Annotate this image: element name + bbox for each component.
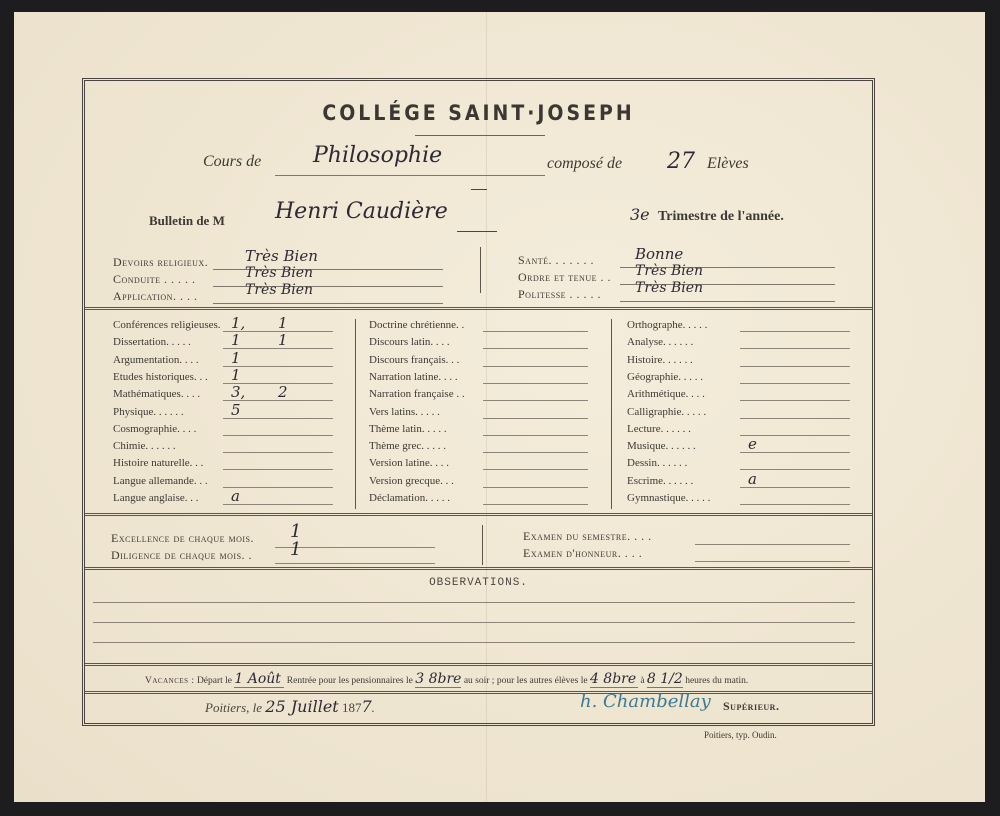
grade-value: 1 xyxy=(231,349,241,367)
subject-label: Argumentation. . . . xyxy=(113,354,199,366)
section-divider xyxy=(85,307,872,310)
grade-line xyxy=(740,348,850,349)
diligence-value: 1 xyxy=(290,539,301,560)
depart-label: Départ le xyxy=(197,676,232,686)
grade-line xyxy=(483,435,588,436)
subject-label: Physique. . . . . . xyxy=(113,406,184,418)
subject-label: Cosmographie. . . . xyxy=(113,423,196,435)
a-label: à xyxy=(640,676,644,686)
course-value: Philosophie xyxy=(313,143,442,168)
grade-value: 1 xyxy=(231,331,241,349)
printer-credit: Poitiers, typ. Oudin. xyxy=(704,730,777,740)
grade-line xyxy=(483,331,588,332)
subject-label: Thème latin. . . . . xyxy=(369,423,447,435)
subject-label: Orthographe. . . . . xyxy=(627,319,707,331)
subject-label: Version latine. . . . xyxy=(369,457,449,469)
subject-label: Musique. . . . . . xyxy=(627,440,696,452)
grade-value-2: 2 xyxy=(278,383,288,401)
separator-dash xyxy=(471,189,487,190)
subject-label: Analyse. . . . . . xyxy=(627,336,693,348)
section-divider xyxy=(85,567,872,570)
place-date-line: Poitiers, le 25 Juillet 1877. xyxy=(205,697,375,716)
subject-label: Narration française . . xyxy=(369,388,465,400)
section-divider xyxy=(85,691,872,694)
subject-label: Langue allemande. . . xyxy=(113,475,208,487)
course-label: Cours de xyxy=(203,153,261,171)
subject-label: Arithmétique. . . . xyxy=(627,388,705,400)
subject-label: Lecture. . . . . . xyxy=(627,423,691,435)
grade-value: 3, xyxy=(231,383,245,401)
exam-divider xyxy=(482,525,483,565)
conduct-value-sante: Bonne xyxy=(635,245,683,263)
subject-label: Mathématiques. . . . xyxy=(113,388,200,400)
subject-label: Géographie. . . . . xyxy=(627,371,703,383)
subject-label: Histoire. . . . . . xyxy=(627,354,693,366)
vacances-line: Vacances : Départ le 1 Août Rentrée pour… xyxy=(145,671,748,688)
conduct-rule xyxy=(213,303,443,304)
subject-label: Discours latin. . . . xyxy=(369,336,450,348)
superior-signature: h. Chambellay xyxy=(580,691,711,712)
subject-label: Doctrine chrétienne. . xyxy=(369,319,464,331)
subjects-divider-2 xyxy=(611,319,612,509)
year-suffix: 7 xyxy=(361,697,371,716)
exam-semester-rule xyxy=(695,544,850,545)
course-rule xyxy=(275,175,545,176)
grade-line xyxy=(483,418,588,419)
grade-value-2: 1 xyxy=(278,314,288,332)
year-prefix: 187 xyxy=(342,700,362,715)
section-divider xyxy=(85,513,872,516)
grade-line xyxy=(740,418,850,419)
conduct-value-application: Très Bien xyxy=(245,282,313,298)
observation-line xyxy=(93,602,855,603)
grade-value: 1, xyxy=(231,314,245,332)
grade-line xyxy=(740,331,850,332)
students-count: 27 xyxy=(667,149,695,174)
subject-label: Discours français. . . xyxy=(369,354,459,366)
conduct-label-religious: Devoirs religieux. xyxy=(113,255,208,270)
conduct-label-politesse: Politesse . . . . . xyxy=(518,287,601,302)
conduct-value-religious: Très Bien xyxy=(245,247,318,265)
subject-label: Déclamation. . . . . xyxy=(369,492,450,504)
composed-label: composé de xyxy=(547,155,622,173)
observation-line xyxy=(93,642,855,643)
conduct-value-ordre: Très Bien xyxy=(635,263,703,279)
conduct-value-conduite: Très Bien xyxy=(245,265,313,281)
subject-label: Chimie. . . . . . xyxy=(113,440,176,452)
exam-honor-label: Examen d'honneur. . . . xyxy=(523,546,642,561)
exam-honor-rule xyxy=(695,561,850,562)
depart-value: 1 Août xyxy=(234,671,284,688)
subject-label: Vers latins. . . . . xyxy=(369,406,440,418)
trimester-label: Trimestre de l'année. xyxy=(658,209,784,225)
conduct-rule xyxy=(620,301,835,302)
student-name: Henri Caudière xyxy=(275,199,448,224)
subject-label: Dissertation. . . . . xyxy=(113,336,191,348)
grade-value: 5 xyxy=(231,401,241,419)
subject-label: Calligraphie. . . . . xyxy=(627,406,706,418)
grade-value: a xyxy=(748,470,757,488)
grade-line xyxy=(483,383,588,384)
subject-label: Etudes historiques. . . xyxy=(113,371,208,383)
diligence-rule xyxy=(275,563,435,564)
hour-value: 8 1/2 xyxy=(647,671,683,688)
observation-line xyxy=(93,622,855,623)
conduct-label-sante: Santé. . . . . . . xyxy=(518,253,594,268)
grade-line xyxy=(483,469,588,470)
heures-label: heures du matin. xyxy=(685,676,748,686)
excellence-label: Excellence de chaque mois. xyxy=(111,531,254,546)
rentree-label: Rentrée pour les pensionnaires le xyxy=(287,676,413,686)
subjects-divider-1 xyxy=(355,319,356,509)
grade-line xyxy=(483,452,588,453)
subject-label: Narration latine. . . . xyxy=(369,371,458,383)
date-value: 25 Juillet xyxy=(265,697,338,716)
bulletin-label: Bulletin de M xyxy=(149,213,225,229)
subject-label: Escrime. . . . . . xyxy=(627,475,693,487)
conduct-label-application: Application. . . . xyxy=(113,289,197,304)
conduct-label-conduite: Conduite . . . . . xyxy=(113,272,196,287)
place-label: Poitiers, le xyxy=(205,700,262,715)
report-card-frame: COLLÉGE SAINT·JOSEPH Cours de Philosophi… xyxy=(82,78,875,726)
separator-dash xyxy=(457,231,497,232)
subject-label: Langue anglaise. . . xyxy=(113,492,199,504)
grade-line xyxy=(740,400,850,401)
vacances-label: Vacances : xyxy=(145,676,195,686)
grade-line xyxy=(483,366,588,367)
subject-label: Version grecque. . . xyxy=(369,475,454,487)
observations-heading: OBSERVATIONS. xyxy=(85,577,872,589)
subject-label: Histoire naturelle. . . xyxy=(113,457,203,469)
trimester-number: 3e xyxy=(630,205,650,224)
superior-label: Supérieur. xyxy=(723,699,779,714)
grade-value-2: 1 xyxy=(278,331,288,349)
exam-semester-label: Examen du semestre. . . . xyxy=(523,529,652,544)
grade-line xyxy=(483,400,588,401)
grade-value: a xyxy=(231,487,240,505)
soir-label: au soir ; pour les autres élèves le xyxy=(464,676,588,686)
rentree-value: 3 8bre xyxy=(415,671,461,688)
subject-label: Conférences religieuses. xyxy=(113,319,221,331)
conduct-divider xyxy=(480,247,481,293)
subject-label: Thème grec. . . . . xyxy=(369,440,446,452)
grade-line xyxy=(483,348,588,349)
grade-value: 1 xyxy=(231,366,241,384)
conduct-label-ordre: Ordre et tenue . . xyxy=(518,270,611,285)
grade-line xyxy=(740,383,850,384)
grade-line xyxy=(223,435,333,436)
grade-value: e xyxy=(748,435,757,453)
grade-line xyxy=(740,366,850,367)
students-label: Elèves xyxy=(707,155,749,173)
diligence-label: Diligence de chaque mois. . xyxy=(111,548,252,563)
conduct-value-politesse: Très Bien xyxy=(635,280,703,296)
grade-line xyxy=(223,452,333,453)
title-ornament xyxy=(415,135,545,136)
grade-line xyxy=(483,504,588,505)
subject-label: Dessin. . . . . . xyxy=(627,457,687,469)
college-title: COLLÉGE SAINT·JOSEPH xyxy=(85,101,872,125)
section-divider xyxy=(85,663,872,666)
grade-line xyxy=(483,487,588,488)
grade-line xyxy=(740,504,850,505)
subject-label: Gymnastique. . . . . xyxy=(627,492,710,504)
grade-line xyxy=(223,469,333,470)
autres-value: 4 8bre xyxy=(590,671,638,688)
